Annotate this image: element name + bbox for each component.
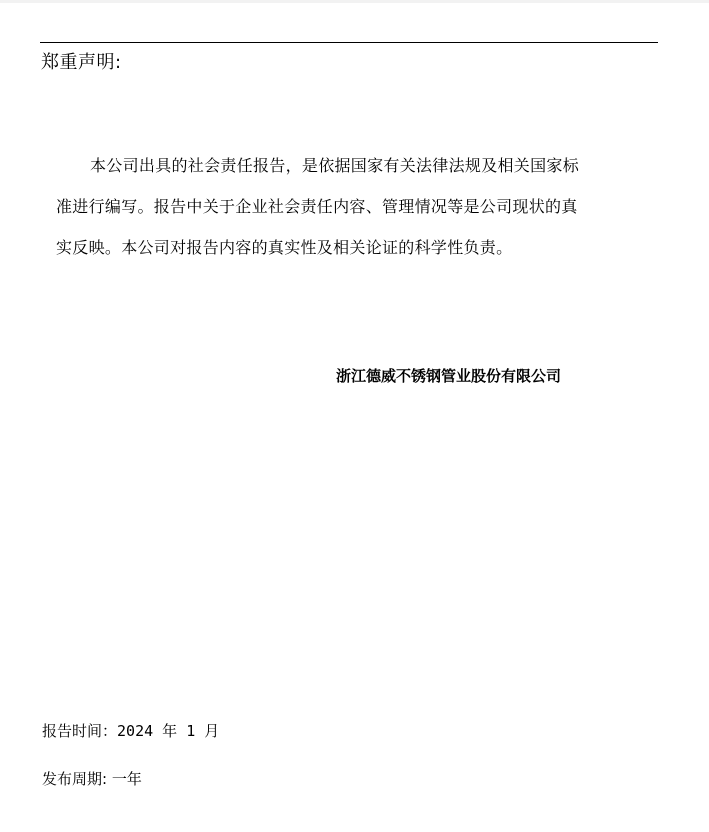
paragraph-line: 本公司出具的社会责任报告，是依据国家有关法律法规及相关国家标: [56, 145, 646, 186]
paragraph-line: 准进行编写。报告中关于企业社会责任内容、管理情况等是公司现状的真: [56, 186, 646, 227]
publish-cycle-value: 一年: [112, 770, 142, 788]
company-name: 浙江德威不锈钢管业股份有限公司: [336, 366, 561, 386]
report-time: 报告时间：2024 年 1 月: [42, 721, 219, 741]
publish-cycle-label: 发布周期:: [42, 770, 112, 788]
paragraph-line: 实反映。本公司对报告内容的真实性及相关论证的科学性负责。: [56, 227, 646, 268]
declaration-paragraph: 本公司出具的社会责任报告，是依据国家有关法律法规及相关国家标 准进行编写。报告中…: [56, 145, 646, 268]
top-edge-strip: [0, 0, 709, 3]
report-time-value: 2024 年 1 月: [117, 722, 219, 740]
header-rule: [40, 42, 658, 43]
publish-cycle: 发布周期: 一年: [42, 769, 142, 789]
declaration-heading: 郑重声明:: [41, 52, 122, 74]
report-time-label: 报告时间：: [42, 722, 117, 740]
